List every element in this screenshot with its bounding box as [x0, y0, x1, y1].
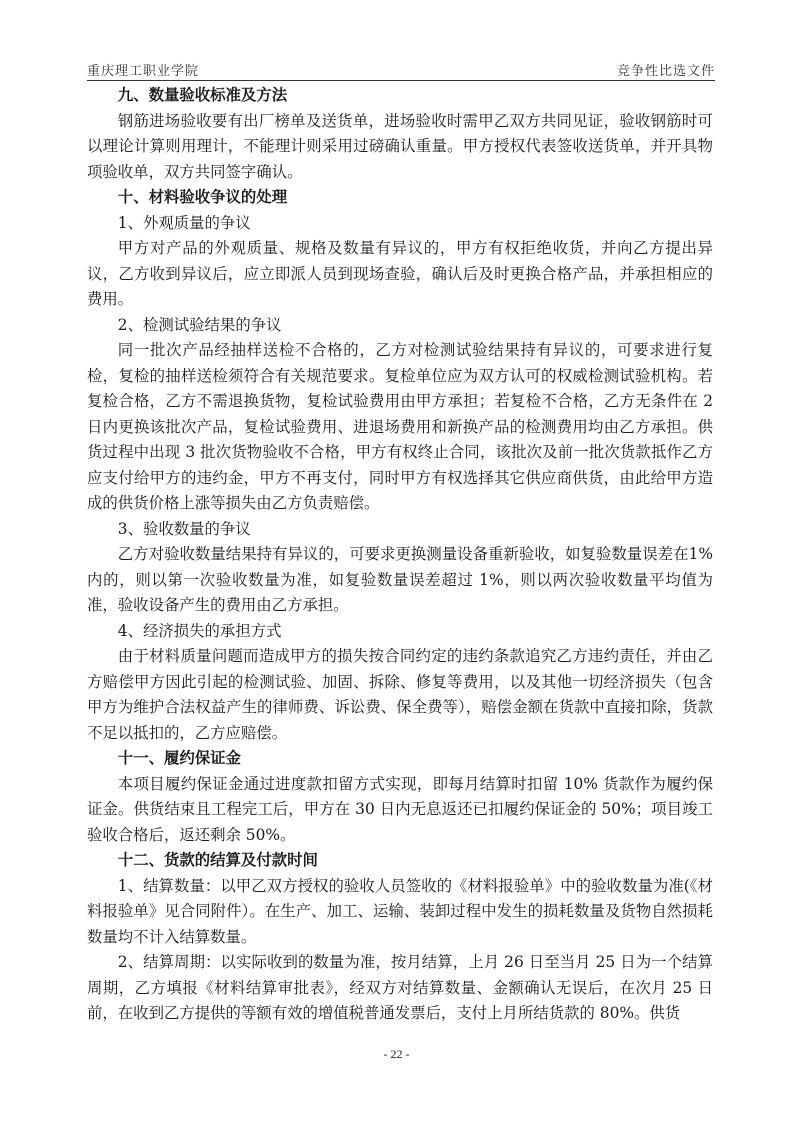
document-body: 九、数量验收标准及方法 钢筋进场验收要有出厂榜单及送货单，进场验收时需甲乙双方共… [87, 83, 713, 1027]
section-10-heading: 十、材料验收争议的处理 [87, 185, 713, 211]
section-10-paragraph-1: 甲方对产品的外观质量、规格及数量有异议的，甲方有权拒绝收货，并向乙方提出异议，乙… [87, 236, 713, 313]
section-10-subheading-2: 2、检测试验结果的争议 [87, 313, 713, 339]
section-10-paragraph-2: 同一批次产品经抽样送检不合格的，乙方对检测试验结果持有异议的，可要求进行复检，复… [87, 338, 713, 517]
section-11-heading: 十一、履约保证金 [87, 746, 713, 772]
section-9-heading: 九、数量验收标准及方法 [87, 83, 713, 109]
header-institution: 重庆理工职业学院 [87, 60, 199, 79]
section-12-heading: 十二、货款的结算及付款时间 [87, 848, 713, 874]
page-header: 重庆理工职业学院 竞争性比选文件 [87, 58, 715, 81]
section-10-paragraph-4: 由于材料质量问题而造成甲方的损失按合同约定的违约条款追究乙方违约责任，并由乙方赔… [87, 644, 713, 746]
section-11-paragraph: 本项目履约保证金通过进度款扣留方式实现，即每月结算时扣留 10% 货款作为履约保… [87, 772, 713, 849]
section-10-paragraph-3: 乙方对验收数量结果持有异议的，可要求更换测量设备重新验收，如复验数量误差在1%内… [87, 542, 713, 619]
section-12-paragraph-2: 2、结算周期：以实际收到的数量为准，按月结算，上月 26 日至当月 25 日为一… [87, 950, 713, 1027]
section-10-subheading-1: 1、外观质量的争议 [87, 211, 713, 237]
page-number: - 22 - [0, 1047, 793, 1062]
section-12-paragraph-1: 1、结算数量：以甲乙双方授权的验收人员签收的《材料报验单》中的验收数量为准(《材… [87, 874, 713, 951]
section-9-paragraph: 钢筋进场验收要有出厂榜单及送货单，进场验收时需甲乙双方共同见证，验收钢筋时可以理… [87, 109, 713, 186]
section-10-subheading-3: 3、验收数量的争议 [87, 517, 713, 543]
header-document-type: 竞争性比选文件 [617, 60, 715, 79]
section-10-subheading-4: 4、经济损失的承担方式 [87, 619, 713, 645]
